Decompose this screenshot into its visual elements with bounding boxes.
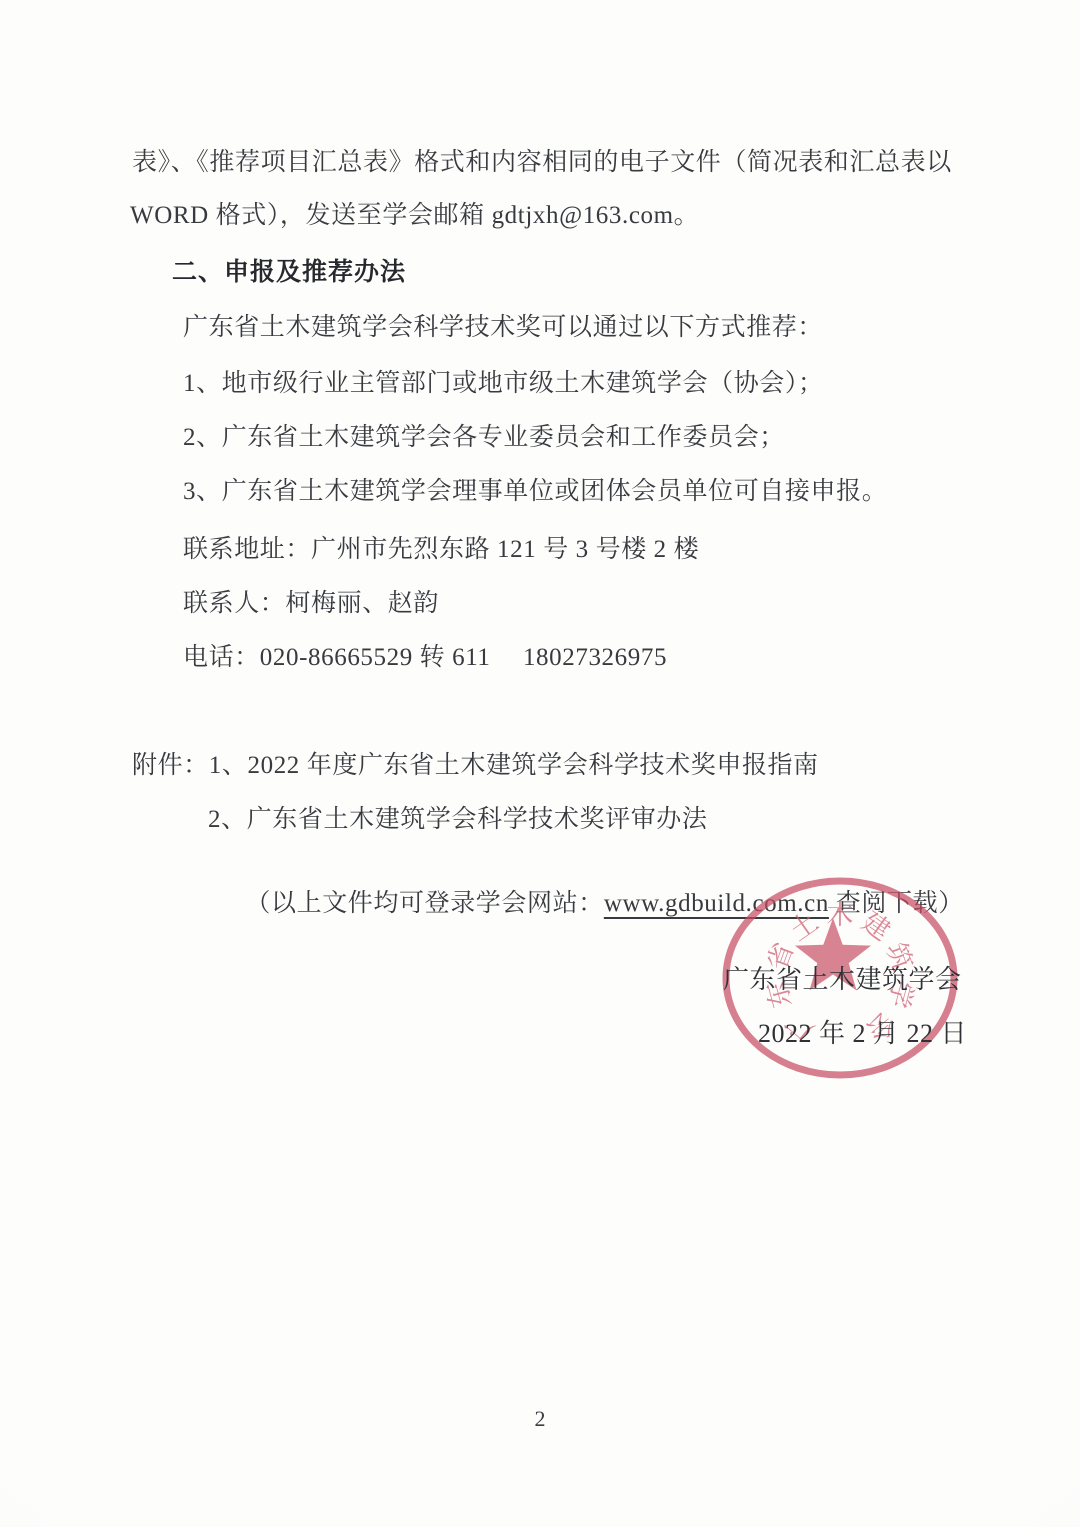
svg-text:木: 木 [827, 900, 854, 930]
signature-date: 2022 年 2 月 22 日 [758, 1013, 967, 1050]
intro-sentence: 广东省土木建筑学会科学技术奖可以通过以下方式推荐： [183, 312, 823, 345]
list-item-2: 2、广东省土木建筑学会各专业委员会和工作委员会； [183, 422, 785, 455]
svg-text:建: 建 [856, 906, 895, 946]
website-note-prefix: （以上文件均可登录学会网站： [245, 890, 603, 917]
contact-address: 联系地址：广州市先烈东路 121 号 3 号楼 2 楼 [183, 534, 699, 567]
attachment-line-2: 2、广东省土木建筑学会科学技术奖评审办法 [208, 804, 708, 837]
document-page: 表》、《推荐项目汇总表》格式和内容相同的电子文件（简况表和汇总表以 WORD 格… [0, 0, 1080, 1527]
paragraph-continuation-line-1: 表》、《推荐项目汇总表》格式和内容相同的电子文件（简况表和汇总表以 [132, 147, 952, 180]
svg-text:土: 土 [784, 906, 823, 946]
paragraph-continuation-line-2: WORD 格式），发送至学会邮箱 gdtjxh@163.com。 [130, 200, 699, 233]
page-number: 2 [0, 1406, 1080, 1432]
list-item-1: 1、地市级行业主管部门或地市级土木建筑学会（协会）； [183, 368, 824, 401]
signature-organization: 广东省土木建筑学会 [723, 959, 962, 996]
section-heading: 二、申报及推荐办法 [172, 257, 406, 290]
contact-phone: 电话：020-86665529 转 611 18027326975 [183, 642, 667, 675]
attachment-line-1: 附件：1、2022 年度广东省土木建筑学会科学技术奖申报指南 [132, 750, 819, 783]
list-item-3: 3、广东省土木建筑学会理事单位或团体会员单位可自接申报。 [183, 476, 887, 509]
contact-person: 联系人：柯梅丽、赵韵 [183, 588, 439, 621]
